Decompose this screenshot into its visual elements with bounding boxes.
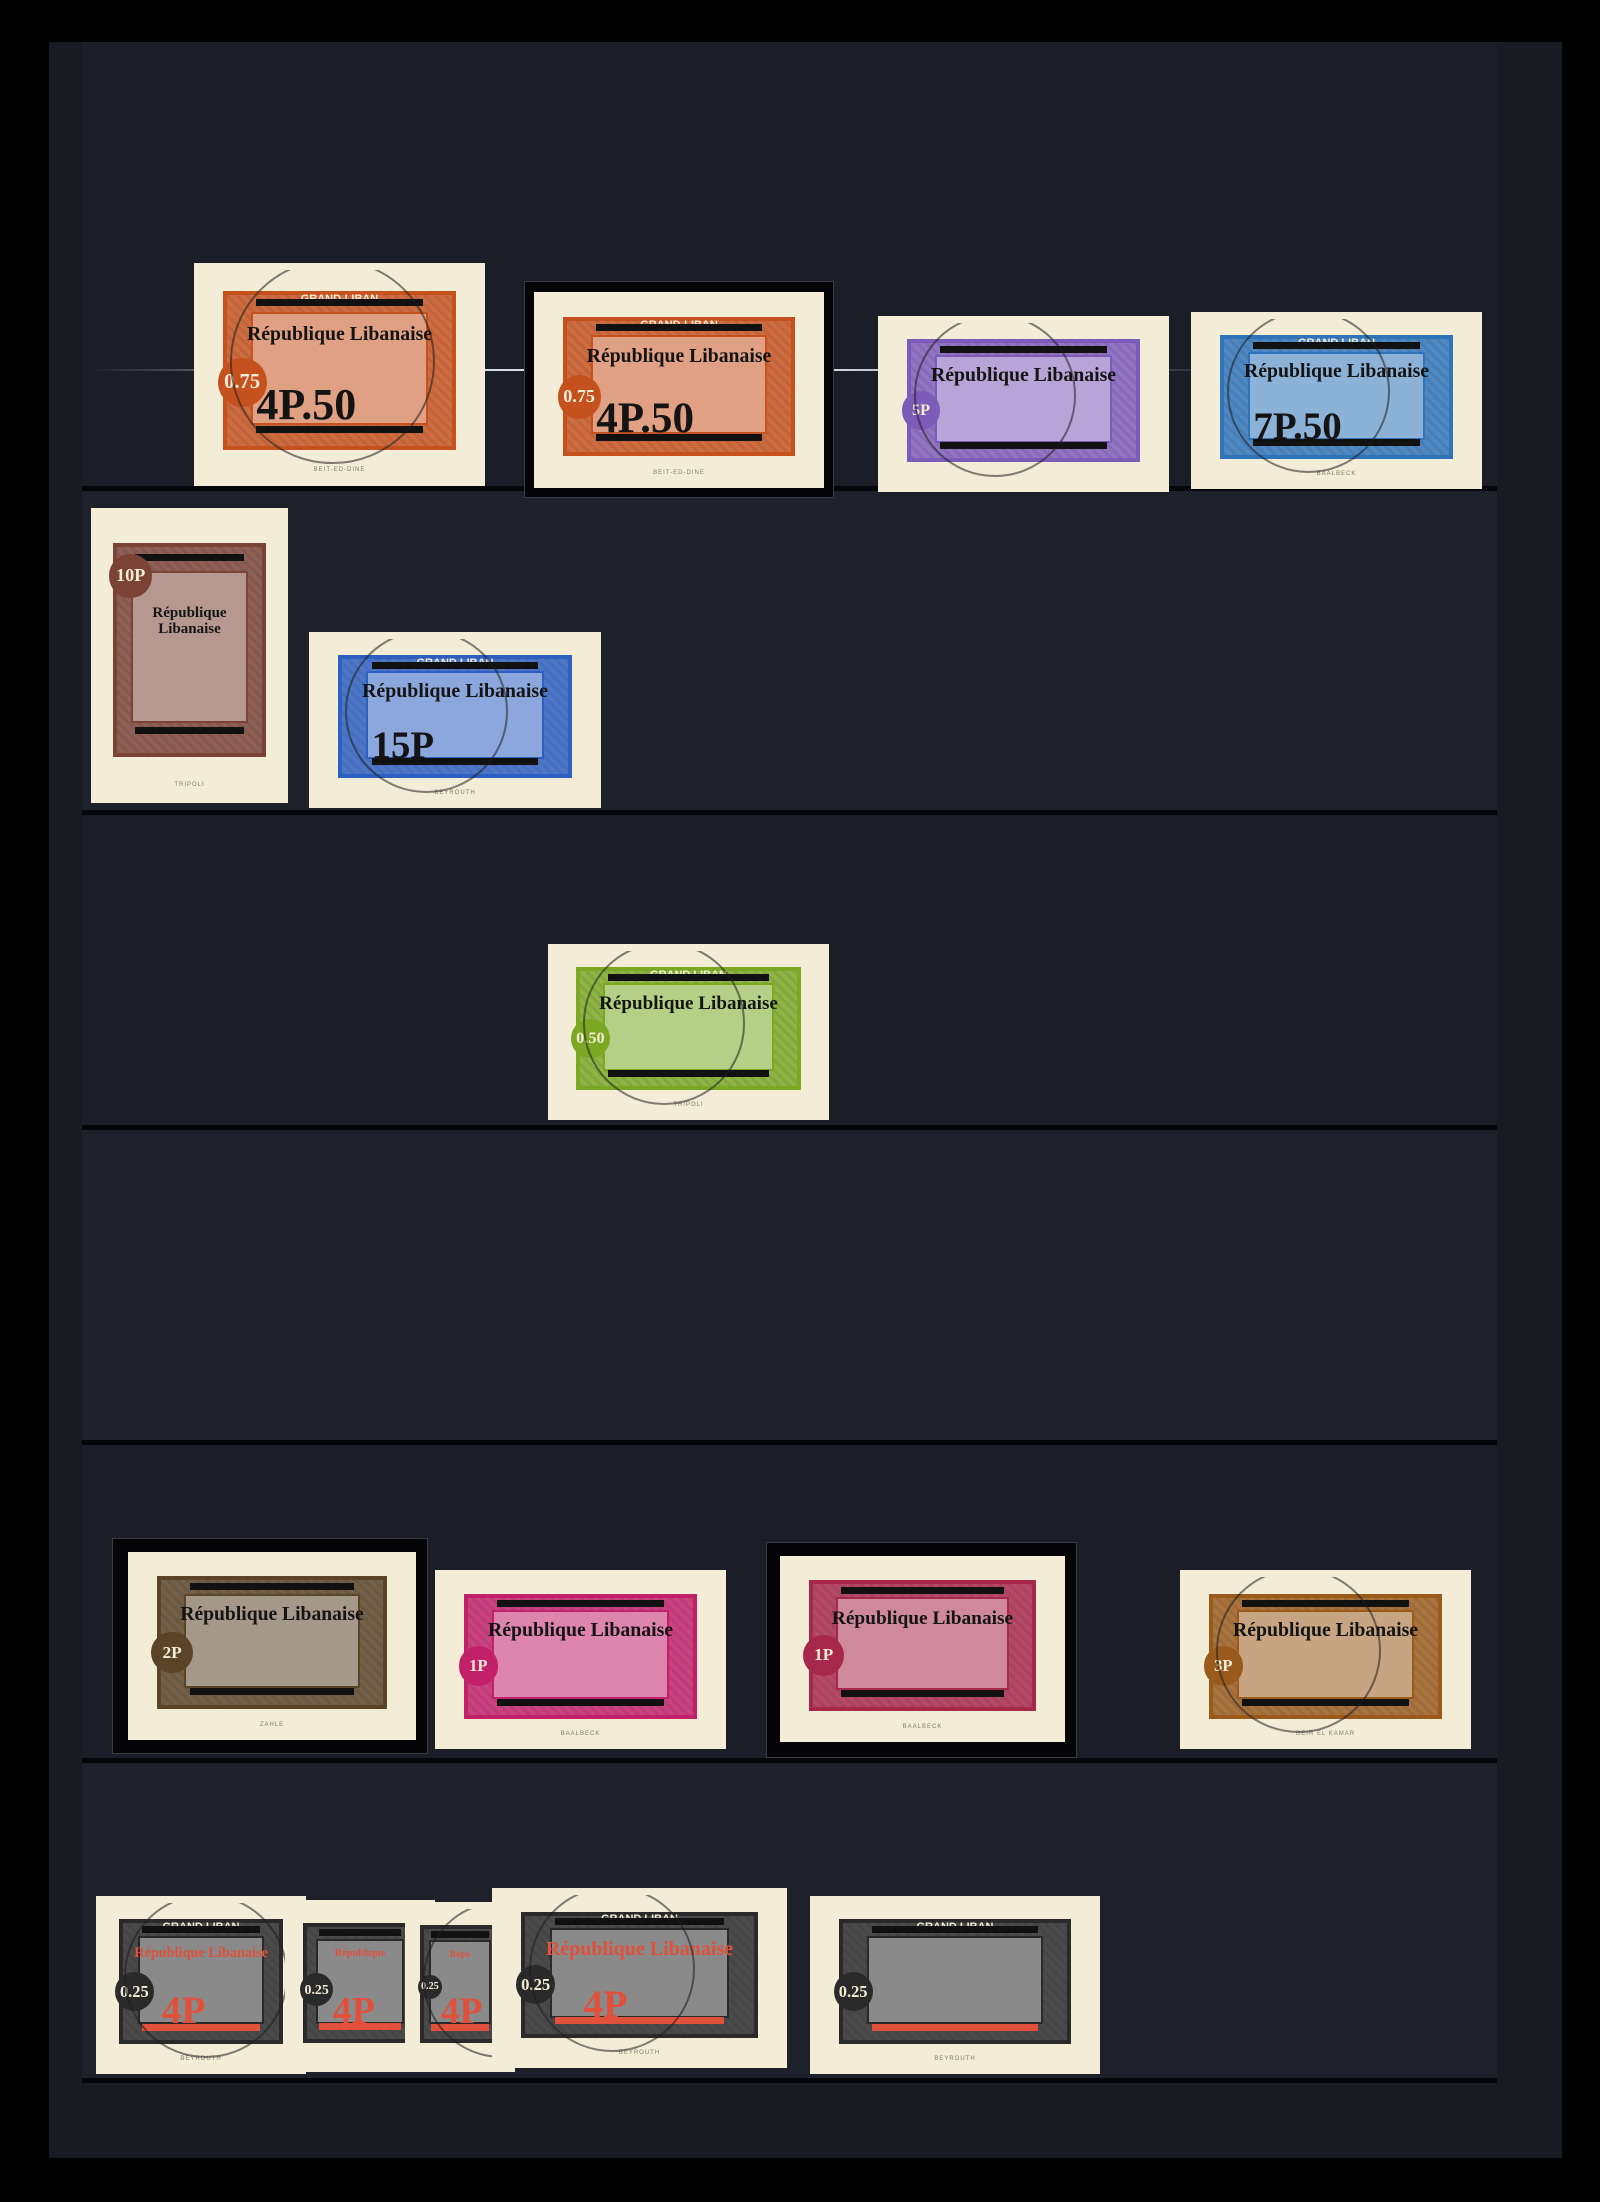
stamp-s16[interactable]: GRAND LIBAN0.25BEYROUTH bbox=[810, 1896, 1100, 2074]
stamp-s6[interactable]: GRAND LIBANRépublique Libanaise15PBEYROU… bbox=[309, 632, 601, 808]
obliteration-bar bbox=[135, 554, 245, 561]
obliteration-bar bbox=[319, 2023, 401, 2030]
obliteration-bar bbox=[841, 1690, 1004, 1697]
obliteration-bar bbox=[872, 2024, 1038, 2031]
stamp-caption: BAALBECK bbox=[787, 1724, 1058, 1730]
stamp-caption: BEYROUTH bbox=[817, 2056, 1093, 2062]
overprint-text: République Libanaise bbox=[442, 1620, 719, 1642]
stamp-caption: BEYROUTH bbox=[316, 790, 594, 796]
stamp-s9[interactable]: 1PRépublique LibanaiseBAALBECK bbox=[435, 1570, 726, 1749]
stamp-s1[interactable]: GRAND-LIBAN0.75République Libanaise4P.50… bbox=[194, 263, 485, 486]
stamp-s8[interactable]: 2PRépublique LibanaiseZAHLE bbox=[128, 1552, 416, 1740]
postmark-cancel bbox=[230, 263, 435, 464]
overprint-text: République Libanaise bbox=[541, 346, 817, 368]
overprint-text: RépubliqueLibanaise bbox=[98, 605, 281, 638]
stamp-value: 1P bbox=[803, 1635, 844, 1676]
postmark-cancel bbox=[1216, 1570, 1381, 1733]
postmark-cancel bbox=[583, 944, 745, 1105]
stamp-vignette bbox=[131, 571, 248, 723]
stamp-s3[interactable]: 5PRépublique Libanaise bbox=[878, 316, 1169, 492]
postmark-cancel bbox=[529, 1888, 695, 2052]
postmark-cancel bbox=[124, 1896, 288, 2058]
obliteration-bar bbox=[596, 324, 762, 331]
overprint-text: République Libanaise bbox=[135, 1604, 409, 1626]
stamp-s7[interactable]: GRAND LIBAN0.50République LibanaiseTRIPO… bbox=[548, 944, 829, 1120]
stamp-s5[interactable]: 10PRépubliqueLibanaiseTRIPOLI bbox=[91, 508, 288, 803]
stamp-value: 0.25 bbox=[834, 1972, 873, 2011]
strip-2 bbox=[82, 491, 1497, 815]
stamp-caption: TRIPOLI bbox=[98, 782, 281, 788]
obliteration-bar bbox=[190, 1688, 354, 1695]
obliteration-bar bbox=[841, 1587, 1004, 1594]
obliteration-bar bbox=[135, 727, 245, 734]
stamp-s11[interactable]: 3PRépublique LibanaiseDEIR EL KAMAR bbox=[1180, 1570, 1471, 1749]
stamp-value: 1P bbox=[459, 1646, 498, 1685]
postmark-cancel bbox=[914, 316, 1076, 477]
stamp-s4[interactable]: GRAND LIBANRépublique Libanaise7P.50BAAL… bbox=[1191, 312, 1482, 489]
stamp-caption: DEIR EL KAMAR bbox=[1187, 1731, 1464, 1737]
postmark-cancel bbox=[1227, 312, 1390, 473]
postmark-cancel bbox=[345, 632, 507, 793]
stamp-caption: TRIPOLI bbox=[555, 1102, 822, 1108]
stamp-caption: ZAHLE bbox=[135, 1722, 409, 1728]
overprint-text: République Libanaise bbox=[787, 1608, 1058, 1629]
stamp-caption: BEIT-ED-DINE bbox=[541, 470, 817, 476]
stamp-caption: BEYROUTH bbox=[499, 2050, 780, 2056]
stamp-value: 10P bbox=[109, 554, 152, 597]
stamp-caption: BAALBECK bbox=[442, 1731, 719, 1737]
stamp-s10[interactable]: 1PRépublique LibanaiseBAALBECK bbox=[780, 1556, 1065, 1742]
stamp-caption: BEIT-ED-DINE bbox=[201, 467, 478, 473]
stamp-caption: BAALBECK bbox=[1198, 471, 1475, 477]
strip-4 bbox=[82, 1130, 1497, 1445]
stamp-s12[interactable]: GRAND LIBAN0.25République Libanaise4PBEY… bbox=[96, 1896, 306, 2074]
stamp-vignette bbox=[867, 1936, 1044, 2025]
obliteration-bar bbox=[596, 434, 762, 441]
stamp-value: 2P bbox=[151, 1632, 192, 1673]
stamp-s15[interactable]: GRAND LIBAN0.25République Libanaise4PBEY… bbox=[492, 1888, 787, 2068]
obliteration-bar bbox=[319, 1929, 401, 1936]
obliteration-bar bbox=[497, 1600, 663, 1607]
obliteration-bar bbox=[190, 1583, 354, 1590]
stamp-s2[interactable]: GRAND-LIBAN0.75République Libanaise4P.50… bbox=[534, 292, 824, 488]
obliteration-bar bbox=[497, 1699, 663, 1706]
stamp-value: 0.75 bbox=[558, 375, 601, 418]
obliteration-bar bbox=[872, 1926, 1038, 1933]
